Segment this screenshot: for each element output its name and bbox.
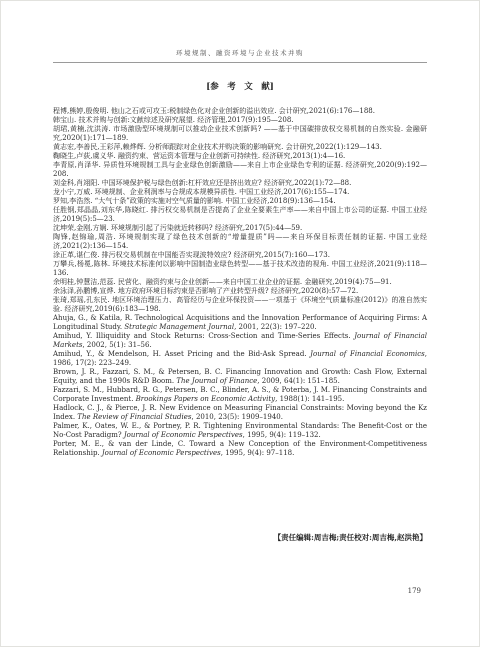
reference-item: 余明桂,钟慧洁,范蕊. 民营化、融资约束与企业创新——来自中国工业企业的证据. …: [53, 278, 427, 287]
reference-item: 任胜钢,郑晶晶,刘东华,陈晓红. 排污权交易机制是否提高了企业全要素生产率——来…: [53, 206, 427, 224]
reference-item: 万攀兵,杨冕,陈林. 环境技术标准何以影响中国制造业绿色转型——基于技术改造的视…: [53, 260, 427, 278]
reference-item: 程博,熊婷,殷俊明. 他山之石或可攻玉:税制绿色化对企业创新的溢出效应. 会计研…: [53, 107, 427, 116]
reference-item: 涂正革,谌仁俊. 排污权交易机制在中国能否实现波特效应? 经济研究,2015(7…: [53, 251, 427, 260]
reference-item: 沈坤荣,金刚,方娴. 环境规制引起了污染就近转移吗? 经济研究,2017(5):…: [53, 224, 427, 233]
reference-item: 胡珺,黄楠,沈洪涛. 市场激励型环境规制可以推动企业技术创新吗? ——基于中国碳…: [53, 125, 427, 143]
reference-item: Amihud, Y., & Mendelson, H. Asset Pricin…: [53, 350, 427, 368]
editor-credits: 【责任编辑:周吉梅;责任校对:周吉梅,赵洪艳】: [1, 532, 479, 543]
reference-item: 李青原,肖泽华. 异质性环境规制工具与企业绿色创新激励——来自上市企业绿色专利的…: [53, 161, 427, 179]
page-number: 179: [1, 587, 479, 595]
running-head-title: 环境规制、融资环境与企业技术并购: [1, 1, 479, 57]
reference-item: 鞠晓生,卢荻,虞义华. 融资约束、营运资本管理与企业创新可持续性. 经济研究,2…: [53, 152, 427, 161]
header-rule: [53, 62, 427, 63]
reference-item: 龙小宁,万威. 环境规制、企业利润率与合规成本规模异质性. 中国工业经济,201…: [53, 188, 427, 197]
reference-item: 余泳泽,孙鹏博,宣烨. 地方政府环境目标约束是否影响了产业转型升级? 经济研究,…: [53, 287, 427, 296]
reference-item: Fazzari, S. M., Hubbard, R. G., Petersen…: [53, 386, 427, 404]
reference-item: Palmer, K., Oates, W. E., & Portney, P. …: [53, 422, 427, 440]
reference-item: 韩宝山. 技术并购与创新:文献综述及研究展望. 经济管理,2017(9):195…: [53, 116, 427, 125]
journal-page: 环境规制、融资环境与企业技术并购 [参 考 文 献] 程博,熊婷,殷俊明. 他山…: [0, 0, 480, 647]
reference-item: Hadlock, C. J., & Pierce, J. R. New Evid…: [53, 404, 427, 422]
reference-item: Brown, J. R., Fazzari, S. M., & Petersen…: [53, 368, 427, 386]
reference-item: 陶锋,赵锦瑜,周浩. 环境规制实现了绿色技术创新的“增量提质”吗——来自环保目标…: [53, 233, 427, 251]
references-heading: [参 考 文 献]: [1, 80, 479, 92]
reference-item: Ahuja, G., & Katila, R. Technological Ac…: [53, 314, 427, 332]
reference-item: Amihud, Y. Illiquidity and Stock Returns…: [53, 332, 427, 350]
reference-list: 程博,熊婷,殷俊明. 他山之石或可攻玉:税制绿色化对企业创新的溢出效应. 会计研…: [1, 107, 479, 458]
reference-item: 张琦,郑瑶,孔东民. 地区环境治理压力、高管经历与企业环保投资——一项基于《环境…: [53, 296, 427, 314]
reference-item: 刘金科,肖翊阳. 中国环境保护税与绿色创新:杠杆效应还是挤出效应? 经济研究,2…: [53, 179, 427, 188]
reference-item: 罗知,李浩然. “大气十条”政策的实施对空气质量的影响. 中国工业经济,2018…: [53, 197, 427, 206]
reference-item: 黄志宏,李善民,王彩萍,赖烨辉. 分析师跟踪对企业技术并购决策的影响研究. 会计…: [53, 143, 427, 152]
reference-item: Porter, M. E., & van der Linde, C. Towar…: [53, 440, 427, 458]
